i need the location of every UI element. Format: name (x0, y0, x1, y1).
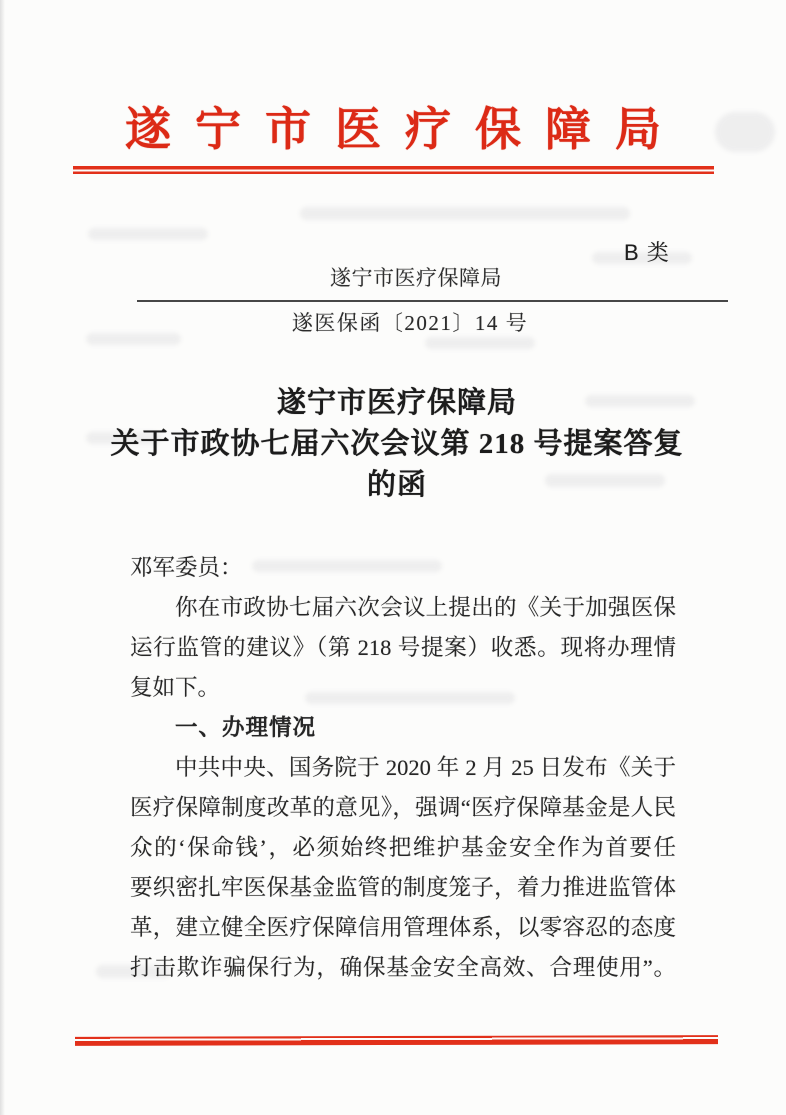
body-line: 打击欺诈骗保行为，确保基金安全高效、合理使用”。国务 (130, 948, 676, 988)
body-line: 众的‘保命钱’，必须始终把维护基金安全作为首要任务。 (130, 828, 676, 868)
letter-body: 邓军委员： 你在市政协七届六次会议上提出的《关于加强医保基金 运行监管的建议》（… (130, 548, 676, 988)
bleed-through-artifact (300, 207, 630, 220)
bleed-through-artifact (425, 337, 535, 349)
document-title-line1: 遂宁市医疗保障局 (8, 383, 786, 424)
body-line: 要织密扎牢医保基金监管的制度笼子，着力推进监管体制改 (130, 868, 676, 908)
body-line: 运行监管的建议》（第 218 号提案）收悉。现将办理情况答 (130, 628, 676, 668)
document-number: 遂医保函〔2021〕14 号 (0, 307, 786, 337)
footer-red-rule (75, 1035, 718, 1046)
body-line: 革，建立健全医疗保障信用管理体系，以零容忍的态度严厉 (130, 908, 676, 948)
body-line: 中共中央、国务院于 2020 年 2 月 25 日发布《关于深化 (130, 748, 676, 788)
body-line: 医疗保障制度改革的意见》，强调“医疗保障基金是人民群 (130, 788, 676, 828)
section-heading: 一、办理情况 (130, 708, 676, 748)
salutation-line: 邓军委员： (130, 548, 676, 588)
document-title-line3: 的函 (8, 465, 786, 506)
document-title: 遂宁市医疗保障局 关于市政协七届六次会议第 218 号提案答复 的函 (0, 383, 786, 506)
issuer-separator-rule (137, 300, 728, 302)
issuer-name: 遂宁市医疗保障局 (0, 262, 786, 292)
bleed-through-artifact (88, 228, 208, 240)
letterhead-red-rule (73, 166, 714, 174)
body-line: 你在市政协七届六次会议上提出的《关于加强医保基金 (130, 588, 676, 628)
body-line: 复如下。 (130, 668, 676, 708)
document-title-line2: 关于市政协七届六次会议第 218 号提案答复 (8, 424, 786, 465)
scanned-document-page: 遂宁市医疗保障局 B 类 遂宁市医疗保障局 遂医保函〔2021〕14 号 遂宁市… (0, 0, 786, 1115)
letterhead-agency-title: 遂宁市医疗保障局 (0, 103, 786, 157)
